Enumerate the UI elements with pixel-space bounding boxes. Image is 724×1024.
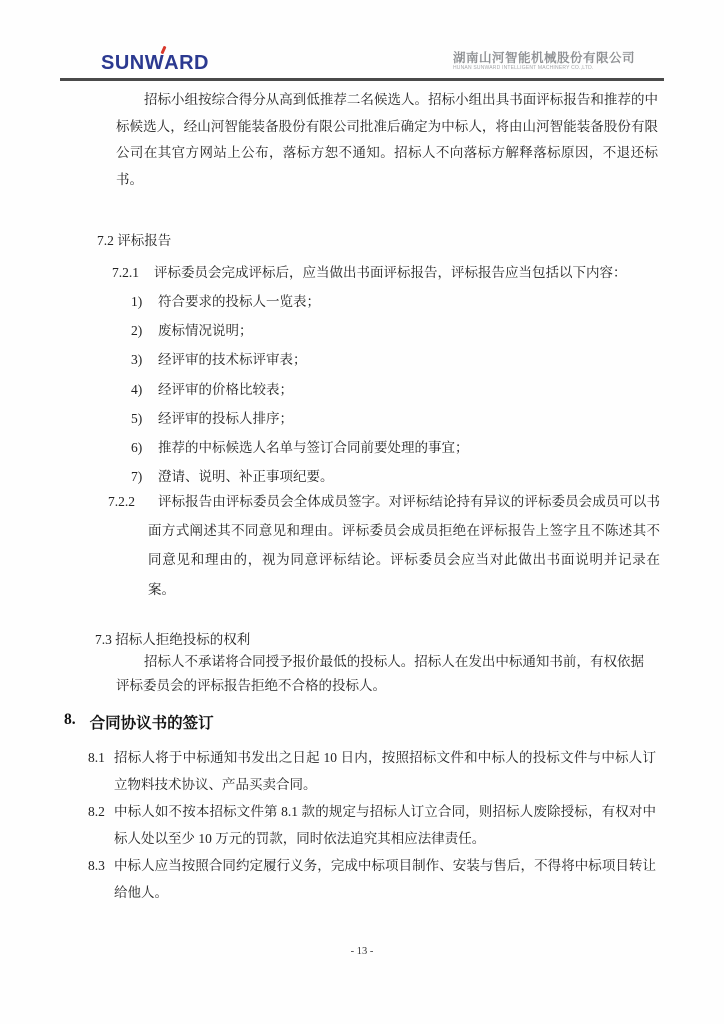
clause-7-2-2: 7.2.2 评标报告由评标委员会全体成员签字。对评标结论持有异议的评标委员会成员… (108, 487, 660, 604)
section-7-2-heading: 7.2 评标报告 (97, 229, 171, 249)
logo-letter-w: W (145, 52, 164, 75)
list-item-number: 7) (131, 466, 158, 488)
list-item: 6) 推荐的中标候选人名单与签订合同前要处理的事宜； (131, 433, 651, 462)
list-item-text: 经评审的价格比较表； (158, 379, 293, 401)
clause-text: 中标人如不按本招标文件第 8.1 款的规定与招标人订立合同，则招标人废除授标，有… (114, 798, 656, 852)
list-item-number: 2) (131, 320, 158, 342)
clause-number: 7.2.2 (108, 487, 148, 604)
clause-number: 8.1 (88, 744, 114, 798)
section-number: 8. (64, 711, 76, 733)
company-name-cn: 湖南山河智能机械股份有限公司 (453, 51, 635, 65)
list-item-text: 经评审的投标人排序； (158, 408, 293, 430)
clause-8-2: 8.2 中标人如不按本招标文件第 8.1 款的规定与招标人订立合同，则招标人废除… (88, 798, 656, 852)
sunward-logo: SUNWARD (101, 52, 209, 75)
list-item: 3) 经评审的技术标评审表； (131, 345, 651, 374)
list-item-text: 推荐的中标候选人名单与签订合同前要处理的事宜； (158, 437, 469, 459)
company-name-block: 湖南山河智能机械股份有限公司 HUNAN SUNWARD INTELLIGENT… (453, 51, 635, 72)
section-8-clauses: 8.1 招标人将于中标通知书发出之日起 10 日内，按照招标文件和中标人的投标文… (88, 744, 656, 906)
clause-text: 评标委员会完成评标后，应当做出书面评标报告，评标报告应当包括以下内容： (154, 259, 627, 286)
section-7-3-heading: 7.3 招标人拒绝投标的权利 (95, 628, 250, 648)
clause-8-3: 8.3 中标人应当按照合同约定履行义务，完成中标项目制作、安装与售后，不得将中标… (88, 852, 656, 906)
list-item: 5) 经评审的投标人排序； (131, 404, 651, 433)
list-item-text: 经评审的技术标评审表； (158, 349, 307, 371)
page-number: - 13 - (0, 946, 724, 957)
list-item-number: 6) (131, 437, 158, 459)
section-8-heading: 8. 合同协议书的签订 (64, 711, 214, 733)
list-item: 4) 经评审的价格比较表； (131, 375, 651, 404)
list-item-number: 3) (131, 349, 158, 371)
clause-text: 评标报告由评标委员会全体成员签字。对评标结论持有异议的评标委员会成员可以书面方式… (148, 487, 660, 604)
clause-8-1: 8.1 招标人将于中标通知书发出之日起 10 日内，按照招标文件和中标人的投标文… (88, 744, 656, 798)
header-divider (60, 78, 664, 81)
list-item-number: 5) (131, 408, 158, 430)
clause-number: 8.2 (88, 798, 114, 852)
report-content-list: 1) 符合要求的投标人一览表； 2) 废标情况说明； 3) 经评审的技术标评审表… (131, 287, 651, 491)
list-item-number: 1) (131, 291, 158, 313)
list-item-text: 废标情况说明； (158, 320, 253, 342)
list-item: 1) 符合要求的投标人一览表； (131, 287, 651, 316)
intro-paragraph: 招标小组按综合得分从高到低推荐二名候选人。招标小组出具书面评标报告和推荐的中标候… (116, 87, 658, 193)
clause-number: 8.3 (88, 852, 114, 906)
list-item-text: 符合要求的投标人一览表； (158, 291, 320, 313)
clause-number: 7.2.1 (112, 259, 154, 286)
list-item-number: 4) (131, 379, 158, 401)
company-name-en: HUNAN SUNWARD INTELLIGENT MACHINERY CO.,… (453, 65, 635, 72)
clause-7-2-1: 7.2.1 评标委员会完成评标后，应当做出书面评标报告，评标报告应当包括以下内容… (112, 259, 662, 286)
section-title: 合同协议书的签订 (90, 711, 214, 733)
clause-text: 招标人将于中标通知书发出之日起 10 日内，按照招标文件和中标人的投标文件与中标… (114, 744, 656, 798)
list-item: 2) 废标情况说明； (131, 316, 651, 345)
clause-text: 中标人应当按照合同约定履行义务，完成中标项目制作、安装与售后，不得将中标项目转让… (114, 852, 656, 906)
section-7-3-paragraph: 招标人不承诺将合同授予报价最低的投标人。招标人在发出中标通知书前，有权依据评标委… (116, 650, 644, 697)
logo-text-ard: ARD (164, 52, 209, 74)
logo-text-sun: SUN (101, 52, 145, 74)
document-page: SUNWARD 湖南山河智能机械股份有限公司 HUNAN SUNWARD INT… (0, 0, 724, 1024)
list-item-text: 澄请、说明、补正事项纪要。 (158, 466, 334, 488)
